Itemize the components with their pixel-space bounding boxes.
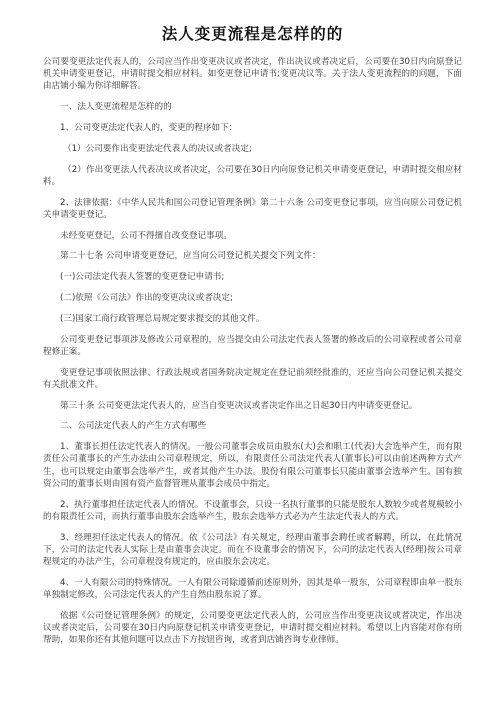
section-heading-1: 一、法人变更流程是怎样的的 — [43, 101, 462, 113]
document-body: 公司要变更法定代表人的，公司应当作出变更决议或者决定，作出决议或者决定后，公司要… — [43, 56, 462, 655]
list-item: (三)国家工商行政管理总局规定要求提交的其他文件。 — [43, 313, 462, 325]
paragraph: 1、董事长担任法定代表人的情况。一般公司董事会成员由股东(大)会和职工(代表)大… — [43, 441, 462, 490]
document-title: 法人变更流程是怎样的的 — [43, 24, 462, 44]
paragraph: 4、一人有限公司的特殊情况。一人有限公司除遵循前述原则外，因其是单一股东，公司章… — [43, 577, 462, 601]
section-heading-2: 二、公司法定代表人的产生方式有哪些 — [43, 420, 462, 432]
paragraph: 公司变更登记事项涉及修改公司章程的，应当提交由公司法定代表人签署的修改后的公司章… — [43, 334, 462, 358]
paragraph: 2、法律依据：《中华人民共和国公司登记管理条例》第二十六条 公司变更登记事项，应… — [43, 197, 462, 221]
closing-paragraph: 依据《公司登记管理条例》的规定，公司要变更法定代表人的，公司应当作出变更决议或者… — [43, 610, 462, 647]
paragraph: 1、公司变更法定代表人的，变更的程序如下： — [43, 122, 462, 134]
list-item: (一)公司法定代表人签署的变更登记申请书; — [43, 271, 462, 283]
paragraph: 3、经理担任法定代表人的情况。依《公司法》有关规定，经理由董事会聘任或者解聘，所… — [43, 532, 462, 569]
list-item: （1）公司要作出变更法定代表人的决议或者决定; — [43, 143, 462, 155]
paragraph: 变更登记事项依照法律、行政法规或者国务院决定规定在登记前须经批准的，还应当向公司… — [43, 367, 462, 391]
list-item: (二)依照《公司法》作出的变更决议或者决定; — [43, 292, 462, 304]
paragraph: 第二十七条 公司申请变更登记，应当向公司登记机关提交下列文件： — [43, 250, 462, 262]
list-item: （2）作出变更法人代表决议或者决定，公司要在30日内向原登记机关申请变更登记，申… — [43, 164, 462, 188]
intro-paragraph: 公司要变更法定代表人的，公司应当作出变更决议或者决定，作出决议或者决定后，公司要… — [43, 56, 462, 93]
paragraph: 第三十条 公司变更法定代表人的，应当自变更决议或者决定作出之日起30日内申请变更… — [43, 400, 462, 412]
paragraph: 未经变更登记，公司不得擅自改变登记事项。 — [43, 230, 462, 242]
paragraph: 2、执行董事担任法定代表人的情况。不设董事会，只设一名执行董事的只能是股东人数较… — [43, 499, 462, 523]
